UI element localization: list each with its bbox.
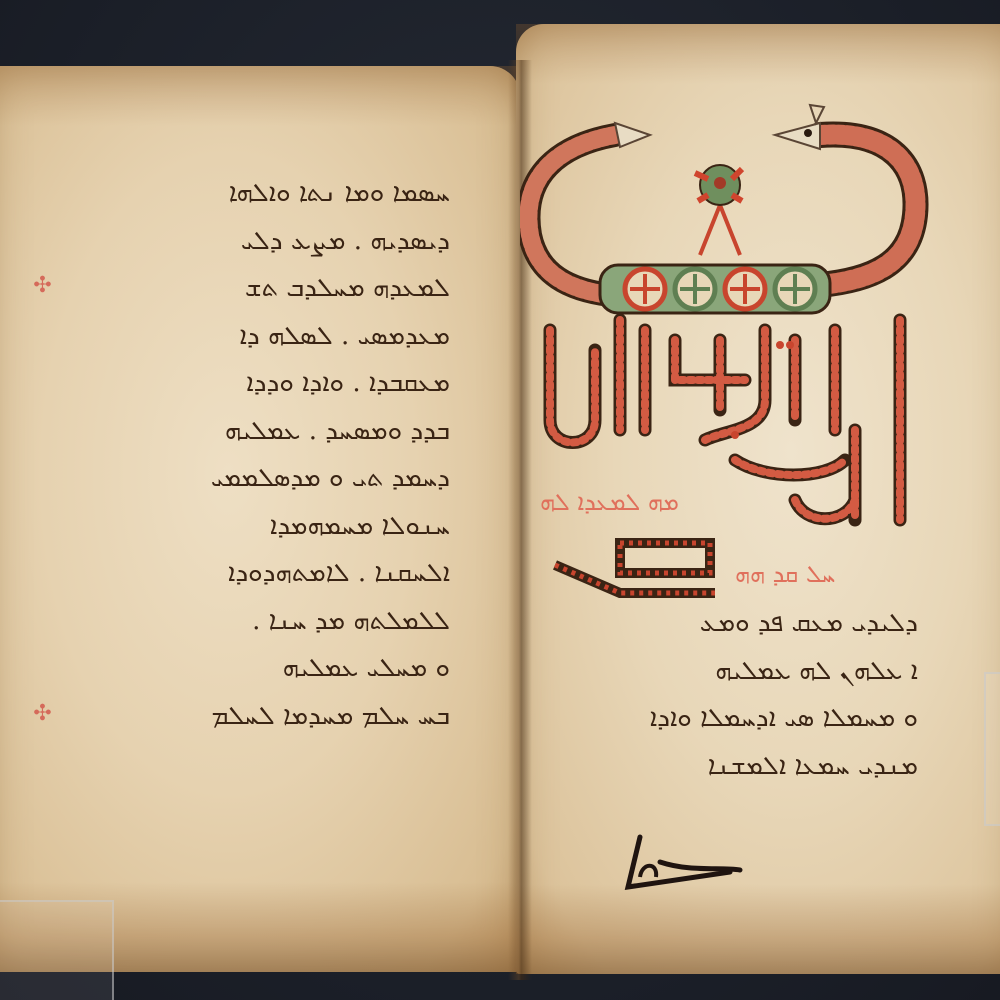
text-line-content: ܘ ܡܚܠܝ ܥܡܠܝܗ	[283, 653, 450, 684]
text-line-content: ܐܠܚܩܢܐ . ܠܐܡܬܗܕܘܕܐ	[228, 558, 450, 589]
text-line-content: ܕܠܝܕܝ ܡܥܩ ܦܕ ܘܡܥ	[700, 608, 918, 639]
text-line-content: ܡܢܕܝ ܚܡܥܐ ܐܠܡܫܢܐ	[708, 751, 918, 782]
text-line: ܚܢܘܠܐ ܡܚܡܗܡܕܐ	[60, 503, 450, 551]
text-line: ܕܠܝܕܝ ܡܥܩ ܦܕ ܘܡܥ	[548, 600, 918, 648]
text-line-content: ܘ ܡܚܡܠܐ ܣܝ ܐܕܚܡܠܐ ܘܐܕܐ	[650, 703, 918, 734]
text-line: ܠܡܥܕܗ ܡܚܠܕܒ ܬܫ ✣	[60, 265, 450, 313]
water-stain	[516, 884, 1000, 974]
text-line-content: ܐ ܥܠܗܢ ܠܗ ܥܡܠܝܗ	[715, 656, 918, 687]
text-line: ܚܣܡܐ ܘܡܐ ܢܬܐ ܘܐܠܗܐ	[60, 170, 450, 218]
text-line: ܐܠܚܩܢܐ . ܠܐܡܬܗܕܘܕܐ	[60, 550, 450, 598]
text-line-content: ܒܕܕ ܘܡܣܚܕ . ܥܡܠܝܗ	[225, 416, 450, 447]
right-page-text: ܕܠܝܕܝ ܡܥܩ ܦܕ ܘܡܥ ܐ ܥܠܗܢ ܠܗ ܥܡܠܝܗ ܘ ܡܚܡܠܐ…	[548, 600, 918, 790]
text-line-content: ܚܢܘܠܐ ܡܚܡܗܡܕܐ	[270, 511, 450, 542]
text-line-content: ܠܡܥܕܗ ܡܚܠܕܒ ܬܫ	[245, 273, 450, 304]
text-line-content: ܒܚ ܚܠܡ ܡܚܕܡܐ ܠܚܠܡ	[212, 701, 451, 732]
text-line-content: ܡܥܕܡܣܝ . ܠܣܠܗ ܕܐ	[240, 321, 450, 352]
signature-mark-icon	[620, 832, 750, 892]
text-line-content: ܕܚܡܕ ܬܝ ܘ ܡܕܣܠܡܡܝ	[211, 463, 450, 494]
text-line: ܒܚ ܚܠܡ ܡܚܕܡܐ ܠܚܠܡ ✣	[60, 693, 450, 741]
rubric-line: ܚܠ ܩܕ ܗܗ	[735, 560, 835, 588]
text-line: ܡܥܩܒܕܐ . ܘܐܕܐ ܘܕܕܐ	[60, 360, 450, 408]
text-line: ܡܢܕܝ ܚܡܥܐ ܐܠܡܫܢܐ	[548, 743, 918, 791]
text-line: ܘ ܡܚܡܠܐ ܣܝ ܐܕܚܡܠܐ ܘܐܕܐ	[548, 695, 918, 743]
text-line-content: ܡܥܩܒܕܐ . ܘܐܕܐ ܘܕܕܐ	[246, 368, 450, 399]
text-line: ܒܕܕ ܘܡܣܚܕ . ܥܡܠܝܗ	[60, 408, 450, 456]
box-ornament-icon	[545, 535, 725, 605]
text-line: ܕܚܡܕ ܬܝ ܘ ܡܕܣܠܡܡܝ	[60, 455, 450, 503]
acrylic-mount-clip	[0, 900, 114, 1000]
text-line-content: ܚܣܡܐ ܘܡܐ ܢܬܐ ܘܐܠܗܐ	[229, 178, 450, 209]
acrylic-mount-clip	[984, 672, 1000, 826]
text-line: ܠܠܡܠܬܗ ܡܕ ܚܢܐ .	[60, 598, 450, 646]
rubric-line: ܡܗ ܠܡܥܕܐ ܠܗ	[540, 488, 679, 516]
top-stain	[0, 66, 520, 126]
cross-marker-icon: ✣	[32, 703, 54, 725]
top-stain	[516, 24, 1000, 84]
text-line: ܐ ܥܠܗܢ ܠܗ ܥܡܠܝܗ	[548, 648, 918, 696]
text-line-content: ܠܠܡܠܬܗ ܡܕ ܚܢܐ .	[252, 606, 450, 637]
text-line: ܘ ܡܚܠܝ ܥܡܠܝܗ	[60, 645, 450, 693]
cross-marker-icon: ✣	[32, 275, 54, 297]
text-line-content: ܕܝܣܕܝܗ . ܡܨܥ ܕܠܝ	[241, 226, 450, 257]
text-line: ܕܝܣܕܝܗ . ܡܨܥ ܕܠܝ	[60, 218, 450, 266]
left-page-text: ܚܣܡܐ ܘܡܐ ܢܬܐ ܘܐܠܗܐ ܕܝܣܕܝܗ . ܡܨܥ ܕܠܝ ܠܡܥܕ…	[60, 170, 450, 740]
text-line: ܡܥܕܡܣܝ . ܠܣܠܗ ܕܐ	[60, 313, 450, 361]
